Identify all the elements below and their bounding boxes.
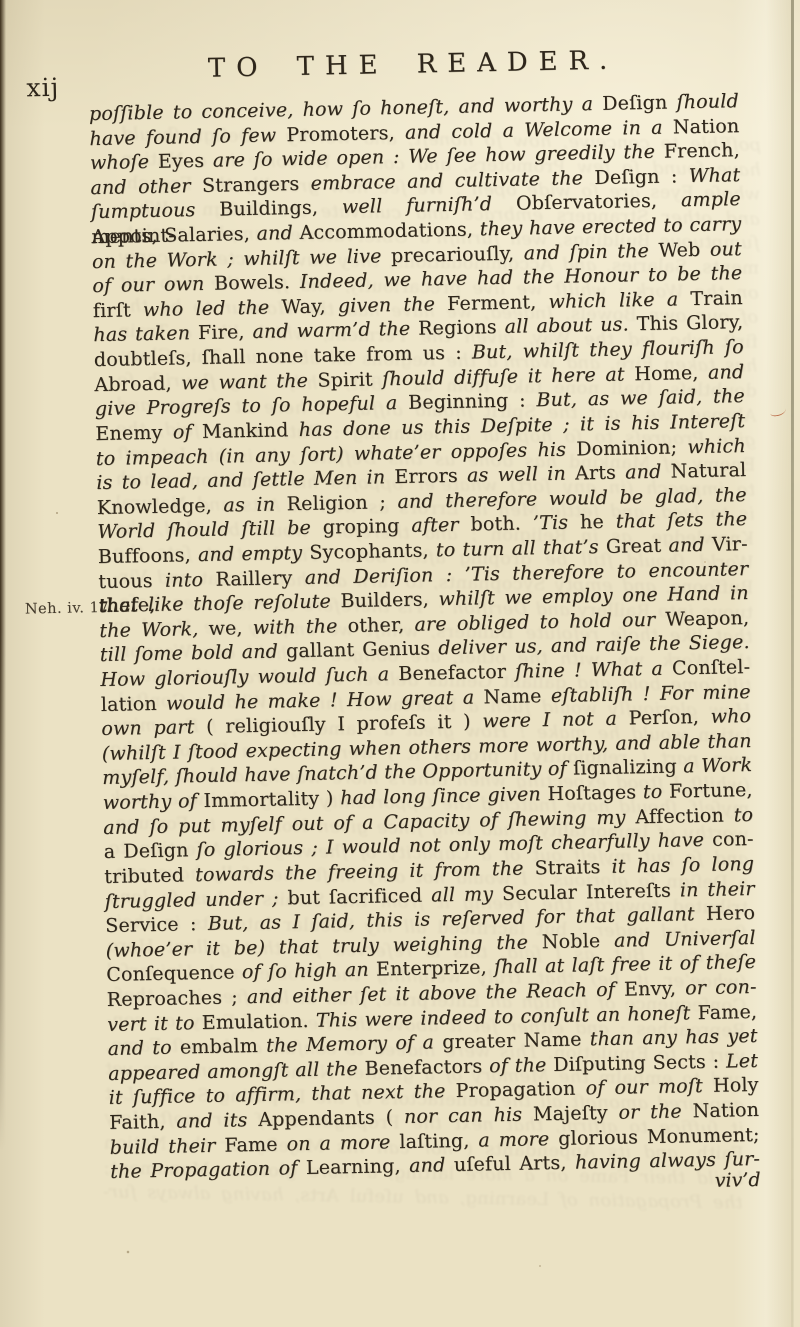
body-text: poſſible to conceive, how ſo honeſt, and… [89, 89, 761, 1185]
page-number: xij [26, 73, 59, 103]
catchword: viv’d [610, 1169, 766, 1194]
page-title: TO THE READER. [88, 43, 738, 86]
book-page-scan: poſſible to conceive, how ſo honeſt, and… [0, 0, 800, 1327]
printed-content: xij TO THE READER. Neh. iv. 17. poſſible… [0, 0, 800, 1327]
